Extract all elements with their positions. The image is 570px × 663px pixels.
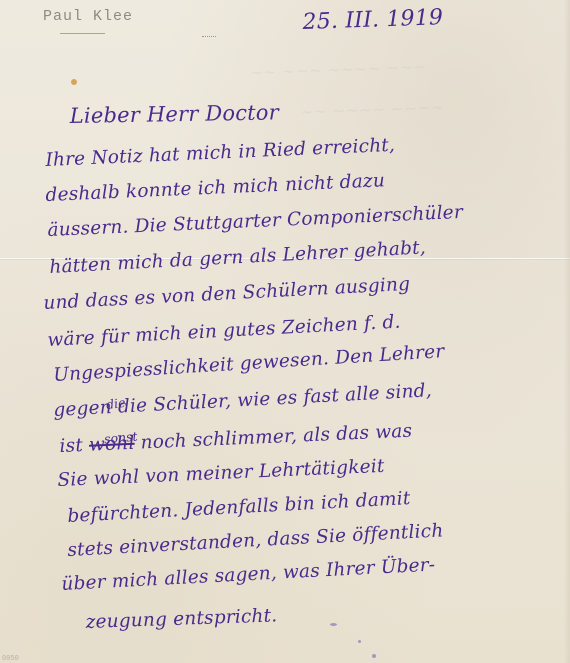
letter-line: ist wohl noch schlimmer, als das was [59,421,413,457]
letter-page: ~~ ~~~ ~~~~ ~~~ ~~ ~~~~ ~~~~ Paul Klee 2… [0,0,570,663]
letter-line: wäre für mich ein gutes Zeichen f. d. [47,312,401,351]
letter-line: zeugung entspricht. [85,605,277,633]
letter-line: Sie wohl von meiner Lehrtätigkeit [57,456,385,491]
stamp-underline [60,33,105,34]
letter-line: Ungespiesslichkeit gewesen. Den Lehrer [53,341,445,386]
ink-speck [372,654,376,658]
bleed-through-text: ~~ ~~~ ~~~~ ~~~ [250,57,427,82]
line-start-word: ist [59,435,89,457]
letter-line: stets einverstanden, dass Sie öffentlich [67,520,444,561]
paper-edge-shadow [564,0,570,663]
stamp-dash-mark [202,36,216,38]
letter-date: 25. III. 1919 [302,5,443,35]
letter-line: deshalb konnte ich mich nicht dazu [45,170,385,206]
archive-mark: 0050 [2,655,19,663]
letter-line: äussern. Die Stuttgarter Componierschüle… [47,202,463,241]
typed-name-stamp: Paul Klee [43,8,133,25]
letter-line: und dass es von den Schülern ausging [43,274,411,314]
salutation: Lieber Herr Doctor [70,100,280,128]
bleed-through-text: ~~ ~~~~ ~~~~ [300,97,445,121]
ink-speck [330,623,337,626]
letter-line: Ihre Notiz hat mich in Ried erreicht, [45,135,395,171]
line-rest: noch schlimmer, als das was [134,421,412,454]
letter-line: über mich alles sagen, was Ihrer Über- [61,554,436,595]
letter-line: gegen die Schüler, wie es fast alle sind… [53,380,432,421]
letter-line: befürchten. Jedenfalls bin ich damit [67,488,411,527]
margin-dot [71,79,77,85]
letter-line: hätten mich da gern als Lehrer gehabt, [49,237,426,278]
ink-speck [358,640,361,643]
struck-word: wohl [89,433,135,456]
